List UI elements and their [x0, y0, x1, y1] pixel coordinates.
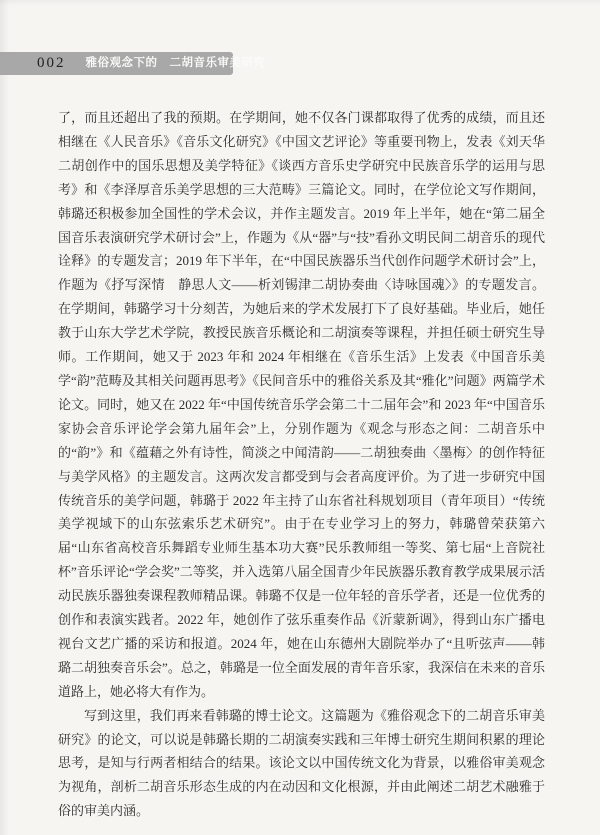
paragraph: 写到这里，我们再来看韩璐的博士论文。这篇题为《雅俗观念下的二胡音乐审美研究》的论…: [58, 704, 545, 824]
paragraph-continuation: 了，而且还超出了我的预期。在学期间，她不仅各门课都取得了优秀的成绩，而且还相继在…: [58, 106, 545, 704]
page-number: 002: [37, 56, 66, 71]
book-page: 002 雅俗观念下的 二胡音乐审美研究 了，而且还超出了我的预期。在学期间，她不…: [0, 0, 600, 835]
running-header: 002 雅俗观念下的 二胡音乐审美研究: [0, 52, 233, 75]
chapter-title: 雅俗观念下的 二胡音乐审美研究: [86, 58, 266, 70]
body-text: 了，而且还超出了我的预期。在学期间，她不仅各门课都取得了优秀的成绩，而且还相继在…: [58, 106, 545, 823]
